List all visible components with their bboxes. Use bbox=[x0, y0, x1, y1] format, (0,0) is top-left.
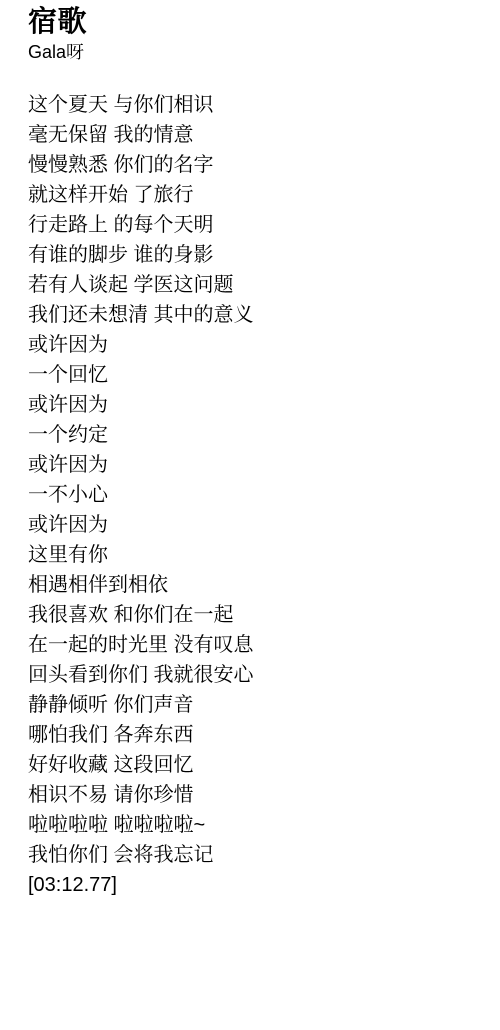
lyrics-body: 这个夏天 与你们相识毫无保留 我的情意慢慢熟悉 你们的名字就这样开始 了旅行行走… bbox=[28, 90, 480, 900]
lyric-line: 行走路上 的每个天明 bbox=[28, 210, 480, 240]
lyric-line: 相识不易 请你珍惜 bbox=[28, 780, 480, 810]
lyric-line: 一个回忆 bbox=[28, 360, 480, 390]
lyric-line: 静静倾听 你们声音 bbox=[28, 690, 480, 720]
lyric-line: 若有人谈起 学医这问题 bbox=[28, 270, 480, 300]
timestamp-line: [03:12.77] bbox=[28, 870, 480, 900]
lyric-line: 有谁的脚步 谁的身影 bbox=[28, 240, 480, 270]
lyric-line: 这个夏天 与你们相识 bbox=[28, 90, 480, 120]
lyric-line: 或许因为 bbox=[28, 330, 480, 360]
lyric-line: 在一起的时光里 没有叹息 bbox=[28, 630, 480, 660]
lyric-line: 慢慢熟悉 你们的名字 bbox=[28, 150, 480, 180]
lyric-line: 或许因为 bbox=[28, 450, 480, 480]
lyric-line: 我们还未想清 其中的意义 bbox=[28, 300, 480, 330]
lyric-line: 好好收藏 这段回忆 bbox=[28, 750, 480, 780]
page-title: 宿歌 bbox=[28, 4, 480, 40]
lyric-line: 相遇相伴到相依 bbox=[28, 570, 480, 600]
lyric-line: 或许因为 bbox=[28, 390, 480, 420]
lyric-line: 我很喜欢 和你们在一起 bbox=[28, 600, 480, 630]
artist-name: Gala呀 bbox=[28, 40, 480, 64]
lyric-line: 或许因为 bbox=[28, 510, 480, 540]
lyric-line: 毫无保留 我的情意 bbox=[28, 120, 480, 150]
lyric-line: 哪怕我们 各奔东西 bbox=[28, 720, 480, 750]
lyric-line: 一个约定 bbox=[28, 420, 480, 450]
lyric-line: 就这样开始 了旅行 bbox=[28, 180, 480, 210]
lyric-line: 啦啦啦啦 啦啦啦啦~ bbox=[28, 810, 480, 840]
lyric-line: 我怕你们 会将我忘记 bbox=[28, 840, 480, 870]
lyric-line: 回头看到你们 我就很安心 bbox=[28, 660, 480, 690]
lyric-line: 一不小心 bbox=[28, 480, 480, 510]
lyric-line: 这里有你 bbox=[28, 540, 480, 570]
lyrics-page: 宿歌 Gala呀 这个夏天 与你们相识毫无保留 我的情意慢慢熟悉 你们的名字就这… bbox=[0, 0, 500, 900]
